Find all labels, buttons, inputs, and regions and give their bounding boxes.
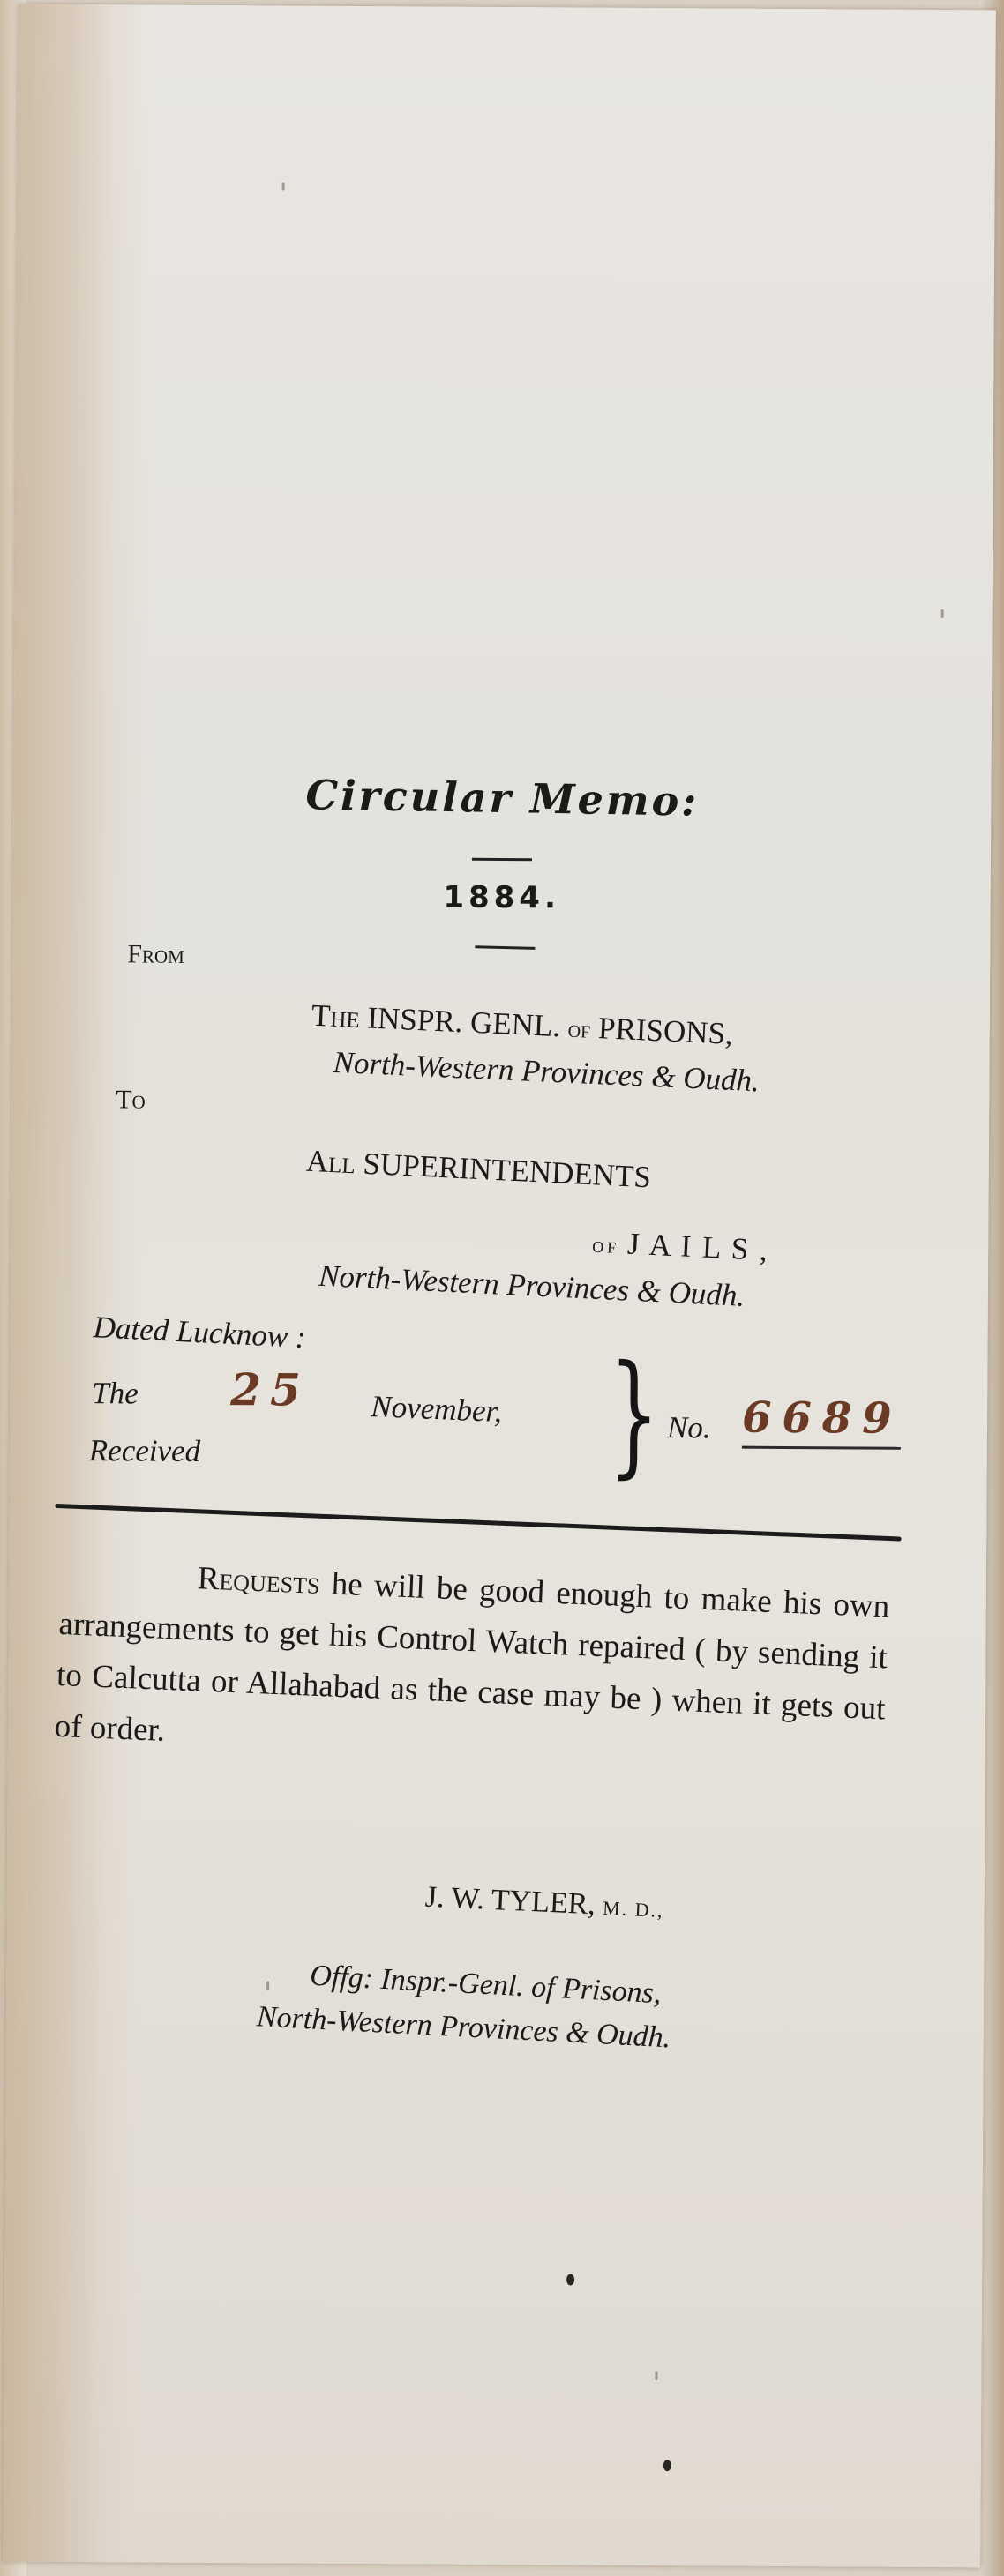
sender-line-2: North-Western Provinces & Oudh. [333, 1045, 760, 1099]
signatory-title-2: North-Western Provinces & Oudh. [256, 2000, 671, 2055]
memo-year: 1884. [13, 877, 991, 919]
paper-speck [941, 609, 944, 618]
received-label: Received [89, 1433, 201, 1469]
recipient-line-2: of J A I L S , [592, 1225, 770, 1269]
body-text: he will be good enough to make his own a… [54, 1565, 890, 1749]
from-label: From [127, 939, 184, 969]
paper-mark [566, 2274, 574, 2285]
paper-speck [266, 1981, 269, 1990]
paper-mark [663, 2460, 671, 2471]
paper-speck [282, 182, 285, 190]
body-lead-word: Requests [197, 1560, 320, 1602]
sender-prefix: The [311, 998, 360, 1034]
memo-body: Requests he will be good enough to make … [54, 1548, 891, 1786]
recipient-of: of [592, 1232, 620, 1258]
to-label: To [116, 1085, 146, 1115]
signature-name-line: J. W. TYLER, M. D., [424, 1881, 664, 1925]
signatory-degree: M. D., [603, 1897, 665, 1922]
the-label: The [92, 1376, 139, 1411]
dated-lucknow-label: Dated Lucknow : [93, 1310, 307, 1355]
number-label: No. [667, 1410, 711, 1445]
sender-office: INSPR. GENL. [367, 1001, 561, 1044]
month-text: November, [371, 1389, 503, 1430]
paper-speck [655, 2371, 657, 2380]
recipient-prefix: All [305, 1144, 356, 1181]
title-divider-bottom [475, 945, 535, 950]
title-divider-top [472, 858, 532, 861]
sender-dept: PRISONS, [597, 1011, 733, 1051]
section-divider [55, 1504, 901, 1542]
memo-paper: Circular Memo: 1884. From The INSPR. GEN… [3, 4, 996, 2568]
handwritten-day: 25 [230, 1363, 310, 1416]
signatory-title-1: Offg: Inspr.-Genl. of Prisons, [309, 1960, 662, 2011]
brace-symbol: } [609, 1348, 660, 1481]
handwritten-number: 6689 [742, 1393, 901, 1450]
recipient-jails: J A I L S , [626, 1227, 769, 1268]
recipient-office: SUPERINTENDENTS [363, 1146, 652, 1195]
memo-title: Circular Memo: [13, 766, 992, 830]
recipient-line-1: All SUPERINTENDENTS [305, 1144, 652, 1196]
signatory-name: J. W. TYLER, [424, 1881, 596, 1922]
sender-of: of [567, 1016, 591, 1044]
sender-line-1: The INSPR. GENL. of PRISONS, [311, 998, 733, 1052]
recipient-line-3: North-Western Provinces & Oudh. [318, 1258, 746, 1314]
